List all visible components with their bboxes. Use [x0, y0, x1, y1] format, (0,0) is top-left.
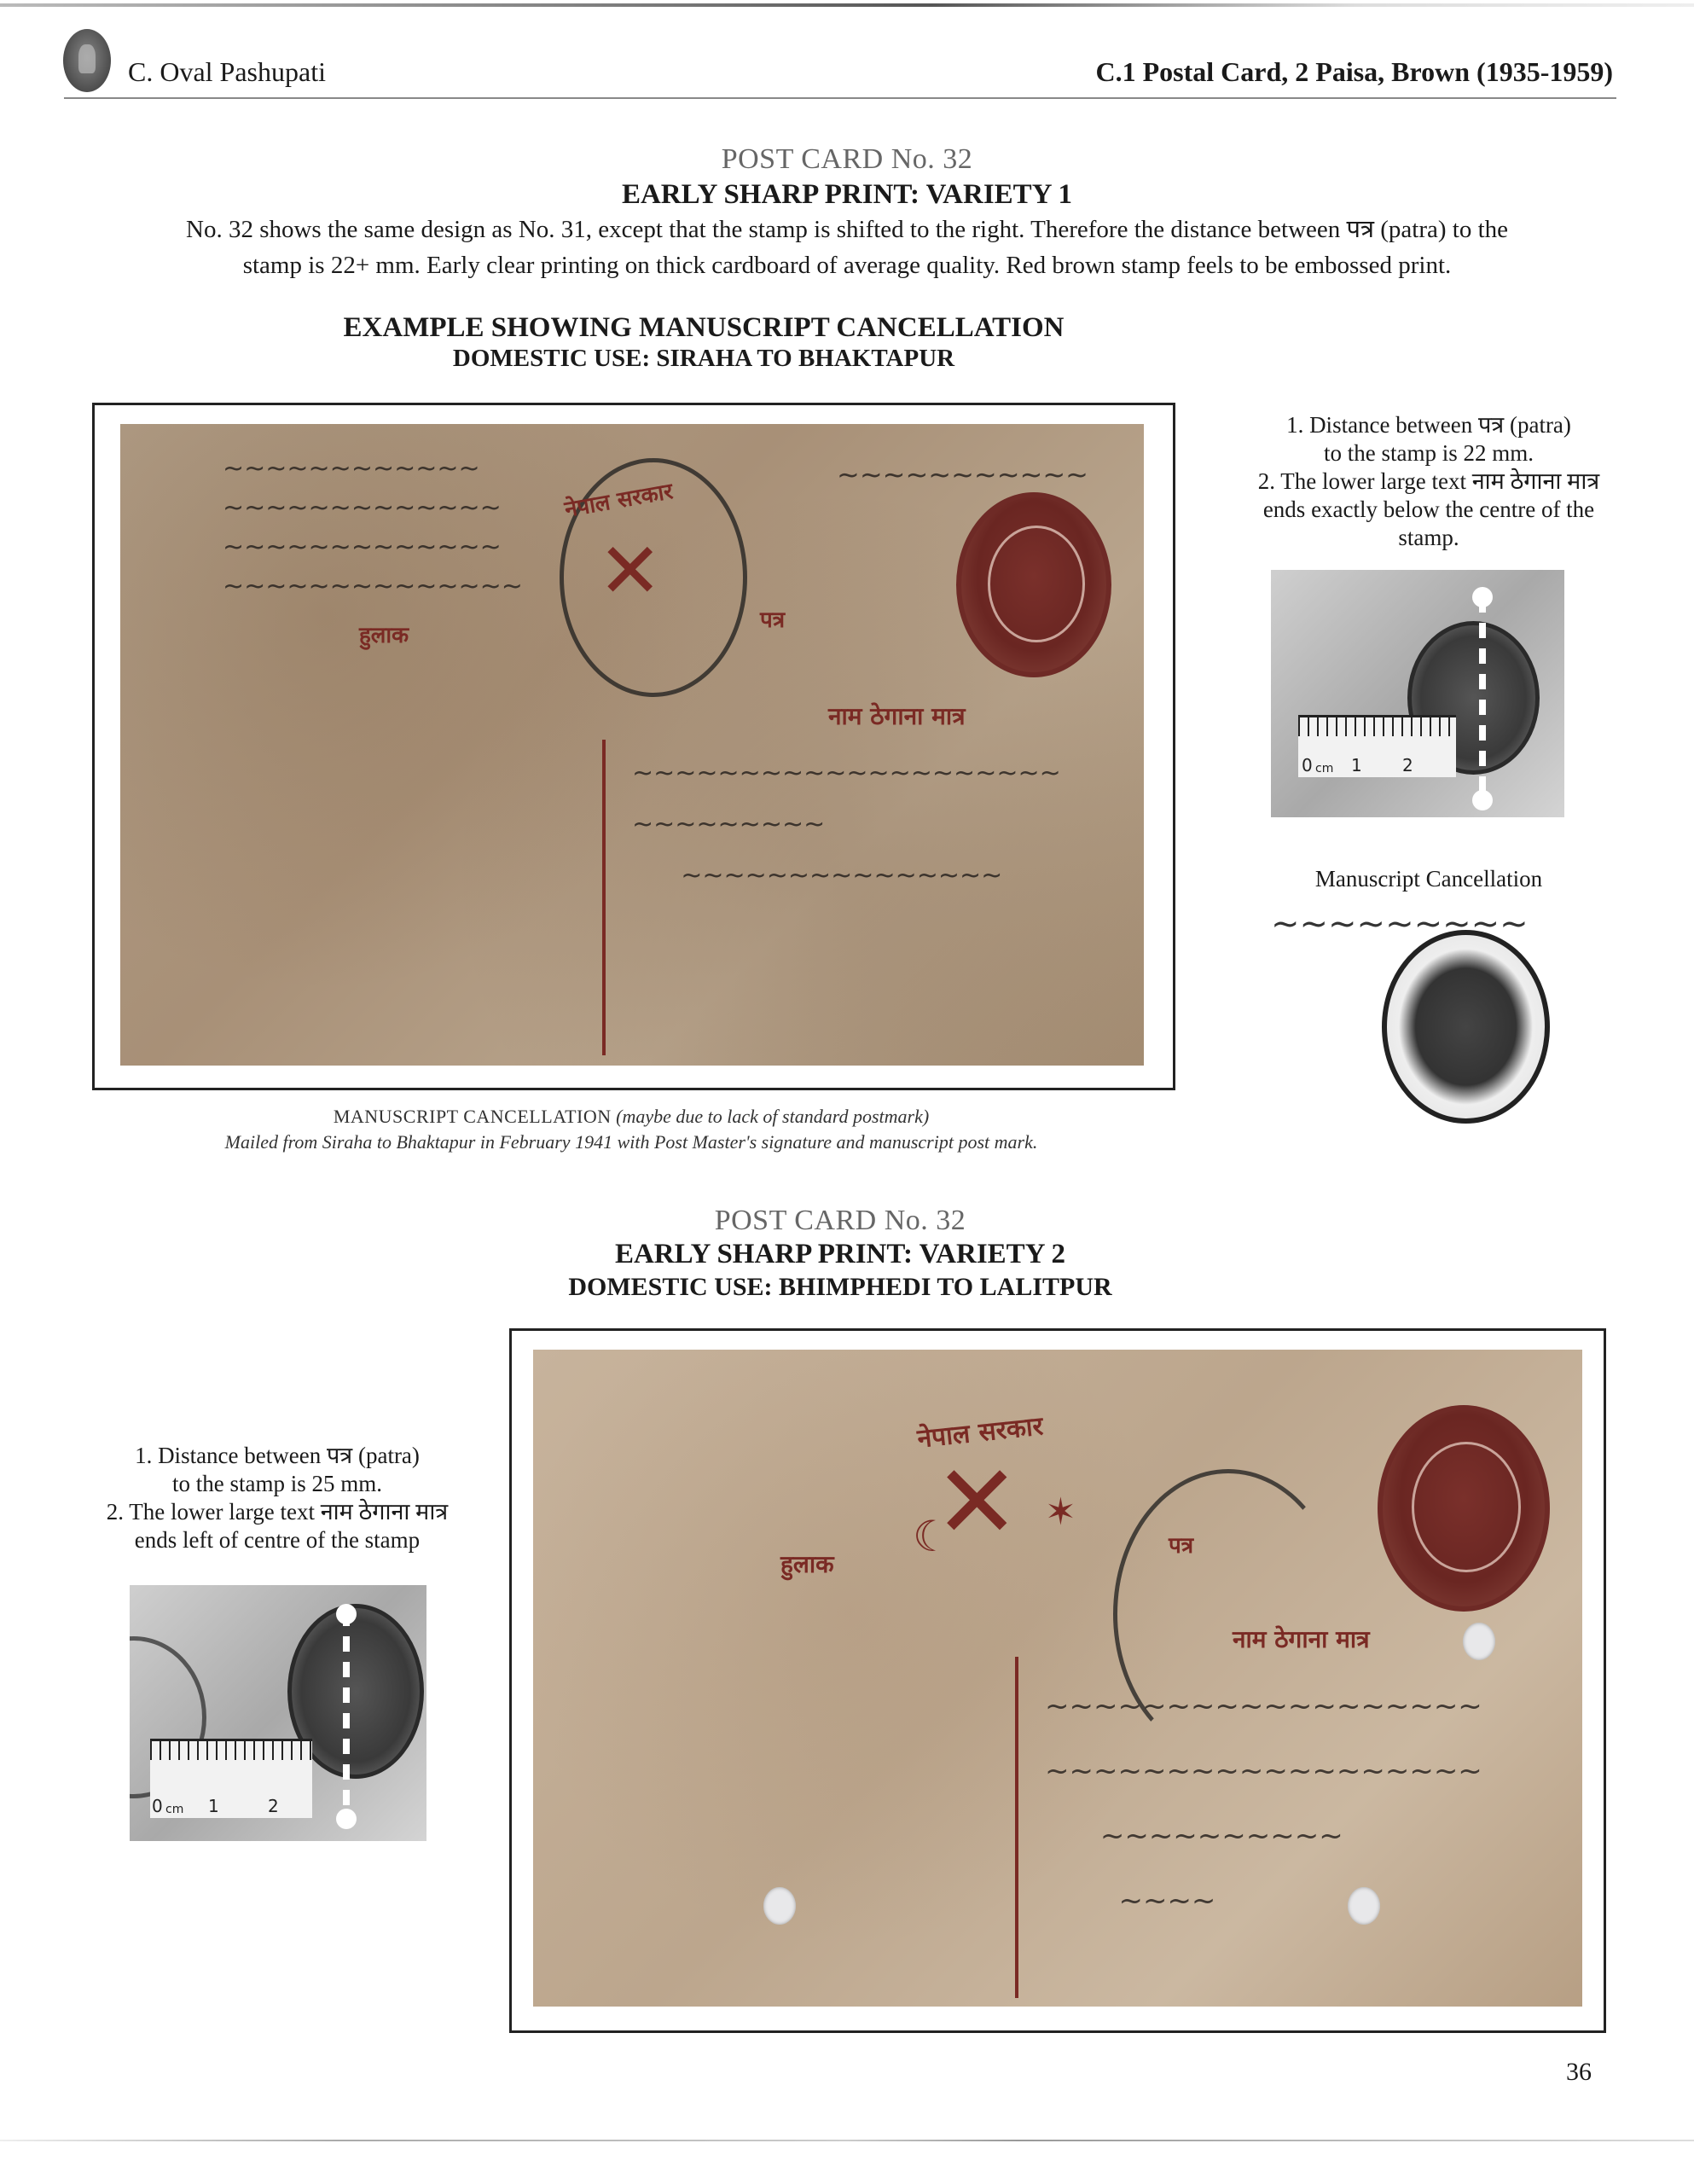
printed-hulak: हुलाक: [780, 1548, 834, 1580]
postcard-title-1: POST CARD No. 32: [0, 143, 1694, 176]
punch-hole: [763, 1887, 796, 1925]
postcard-surface: नेपाल सरकार ✕ पत्र हुलाक नाम ठेगाना मात्…: [120, 424, 1144, 1066]
variety-1-subtitle: EARLY SHARP PRINT: VARIETY 1: [0, 179, 1694, 211]
handwritten-address-text: ~~~~~~~~~~~~~~~~~~~~~~~~~~~~~~~~~~~~ ~~~…: [1045, 1674, 1482, 1933]
postcard-image-siraha-bhaktapur: नेपाल सरकार ✕ पत्र हुलाक नाम ठेगाना मात्…: [92, 403, 1175, 1090]
postcard-surface: नेपाल सरकार ✕ ☾ ✶ पत्र हुलाक नाम ठेगाना …: [533, 1350, 1582, 2007]
sun-star-icon: ✶: [1045, 1490, 1076, 1534]
note-line: ends exactly below the centre of the: [1198, 496, 1659, 524]
manuscript-signature: ~~~~~~~~~: [1271, 904, 1529, 944]
ruler-icon: 0 cm 1 2: [1298, 715, 1456, 777]
header-rule: [64, 97, 1616, 99]
note-line: ends left of centre of the stamp: [77, 1526, 478, 1554]
handwritten-address-text: ~~~~~~~~~~~~~~~~~~~~~~~~~~~~~ ~~~~~~~~~~…: [632, 748, 1061, 902]
page-number: 36: [1566, 2058, 1592, 2087]
printed-address-label: नाम ठेगाना मात्र: [1233, 1623, 1370, 1655]
printed-patra: पत्र: [760, 603, 785, 634]
guide-dot-bottom: [1472, 790, 1493, 810]
description-line-2: stamp is 22+ mm. Early clear printing on…: [0, 247, 1694, 283]
handwritten-sender-text: ~~~~~~~~~~~~~~~~~~~~~~~~~~~~~~~~~~~~~~~~…: [223, 450, 523, 607]
section-title: C. Oval Pashupati: [128, 56, 326, 88]
note-line: to the stamp is 22 mm.: [1198, 439, 1659, 468]
guide-dot-bottom: [336, 1809, 357, 1829]
pashupati-stamp-icon: [1378, 1405, 1550, 1612]
pashupati-stamp-icon: [956, 492, 1111, 677]
top-scan-edge: [0, 3, 1694, 7]
example-subtitle: DOMESTIC USE: SIRAHA TO BHAKTAPUR: [0, 345, 1407, 373]
note-line: 2. The lower large text नाम ठेगाना मात्र: [1198, 468, 1659, 496]
note-line: to the stamp is 25 mm.: [77, 1470, 478, 1498]
pashupati-oval-stamp-icon: [63, 29, 111, 92]
guide-dot-top: [1472, 587, 1493, 607]
printed-hulak: हुलाक: [359, 619, 409, 649]
centre-guide-line: [343, 1611, 350, 1815]
manuscript-cancellation-stamp-image: [1382, 930, 1550, 1124]
card-divider-line: [1015, 1657, 1018, 1998]
centre-guide-line: [1479, 597, 1486, 795]
note-line: 1. Distance between पत्र (patra): [77, 1442, 478, 1470]
ruler-measurement-image-2: 0 cm 1 2: [130, 1585, 426, 1841]
printed-address-label: नाम ठेगाना मात्र: [828, 700, 966, 732]
crescent-moon-icon: ☾: [913, 1512, 951, 1561]
note-line: 1. Distance between पत्र (patra): [1198, 411, 1659, 439]
postcard-title-2: POST CARD No. 32: [0, 1205, 1680, 1237]
ruler-icon: 0 cm 1 2: [150, 1739, 312, 1818]
postcard-image-bhimphedi-lalitpur: नेपाल सरकार ✕ ☾ ✶ पत्र हुलाक नाम ठेगाना …: [509, 1328, 1606, 2033]
manuscript-cancellation-label: Manuscript Cancellation: [1198, 866, 1659, 892]
note-line: 2. The lower large text नाम ठेगाना मात्र: [77, 1498, 478, 1526]
crossed-khukuri-crest-icon: ✕: [598, 526, 662, 616]
variety-2-notes: 1. Distance between पत्र (patra) to the …: [77, 1442, 478, 1554]
punch-hole: [1463, 1623, 1495, 1660]
bottom-scan-edge: [0, 2140, 1694, 2141]
chapter-title: C.1 Postal Card, 2 Paisa, Brown (1935-19…: [1096, 56, 1614, 88]
description-line-1: No. 32 shows the same design as No. 31, …: [0, 212, 1694, 247]
caption-line-2: Mailed from Siraha to Bhaktapur in Febru…: [92, 1130, 1170, 1155]
caption-line-1: MANUSCRIPT CANCELLATION (maybe due to la…: [92, 1104, 1170, 1130]
example-title: EXAMPLE SHOWING MANUSCRIPT CANCELLATION: [0, 312, 1407, 344]
variety-2-subtitle: EARLY SHARP PRINT: VARIETY 2: [0, 1239, 1680, 1270]
postcard-caption: MANUSCRIPT CANCELLATION (maybe due to la…: [92, 1104, 1170, 1155]
guide-dot-top: [336, 1604, 357, 1624]
printed-patra: पत्र: [1169, 1529, 1193, 1560]
note-line: stamp.: [1198, 524, 1659, 552]
manuscript-cancellation-signature: ~~~~~~~~~~~: [837, 458, 1088, 491]
ruler-measurement-image-1: 0 cm 1 2: [1271, 570, 1564, 817]
variety-2-route: DOMESTIC USE: BHIMPHEDI TO LALITPUR: [0, 1273, 1680, 1302]
card-divider-line: [602, 740, 606, 1055]
variety-1-notes: 1. Distance between पत्र (patra) to the …: [1198, 411, 1659, 552]
